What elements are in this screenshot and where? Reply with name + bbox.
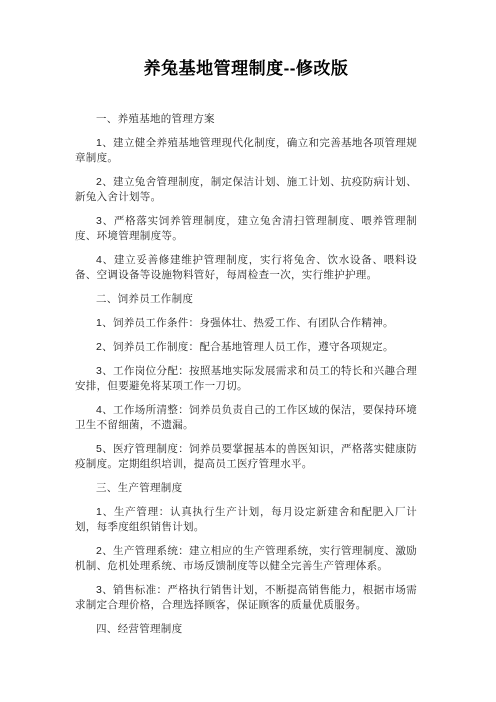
paragraph: 1、饲养员工作条件：身强体壮、热爱工作、有团队合作精神。 [75,316,417,331]
section-heading-1: 一、养殖基地的管理方案 [75,112,417,127]
paragraph: 3、销售标准：严格执行销售计划，不断提高销售能力，根据市场需求制定合理价格，合理… [75,583,417,613]
paragraph: 1、生产管理：认真执行生产计划，每月设定新建舍和配肥入厂计划，每季度组织销售计划… [75,505,417,535]
paragraph: 4、工作场所清整：饲养员负责自己的工作区域的保洁，要保持环境卫生不留细菌，不遗漏… [75,403,417,433]
paragraph: 4、建立妥善修建维护管理制度，实行将兔舍、饮水设备、喂料设备、空调设备等设施物料… [75,253,417,283]
document-title: 养兔基地管理制度--修改版 [75,56,417,82]
paragraph: 3、严格落实饲养管理制度，建立兔舍清扫管理制度、喂养管理制度、环境管理制度等。 [75,214,417,244]
section-heading-2: 二、饲养员工作制度 [75,292,417,307]
paragraph: 2、建立兔舍管理制度，制定保洁计划、施工计划、抗疫防病计划、新兔入舍计划等。 [75,175,417,205]
section-heading-3: 三、生产管理制度 [75,481,417,496]
paragraph: 2、饲养员工作制度：配合基地管理人员工作，遵守各项规定。 [75,340,417,355]
paragraph: 1、建立健全养殖基地管理现代化制度，确立和完善基地各项管理规章制度。 [75,136,417,166]
section-heading-4: 四、经营管理制度 [75,622,417,637]
paragraph: 5、医疗管理制度：饲养员要掌握基本的兽医知识，严格落实健康防疫制度。定期组织培训… [75,442,417,472]
paragraph: 2、生产管理系统：建立相应的生产管理系统，实行管理制度、激励机制、危机处理系统、… [75,544,417,574]
document-page: 养兔基地管理制度--修改版 一、养殖基地的管理方案 1、建立健全养殖基地管理现代… [0,0,496,702]
paragraph: 3、工作岗位分配：按照基地实际发展需求和员工的特长和兴趣合理安排，但要避免将某项… [75,364,417,394]
